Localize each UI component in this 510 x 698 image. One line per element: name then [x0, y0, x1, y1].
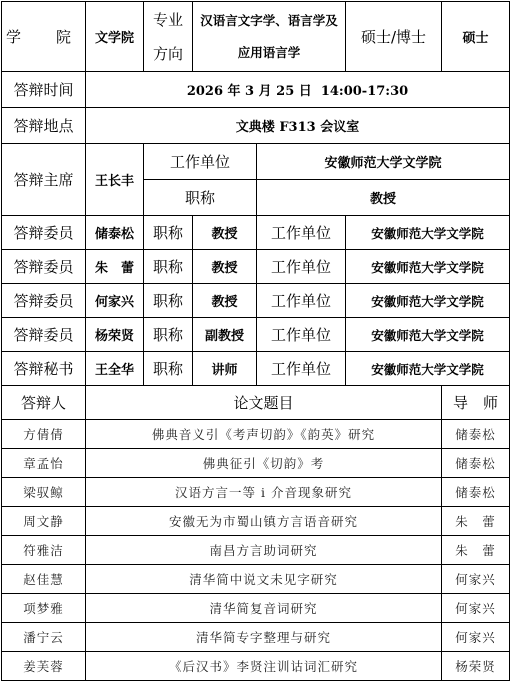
thesis-student: 梁驭鲸 [2, 478, 86, 507]
committee-title-label: 职称 [144, 216, 193, 250]
committee-role: 答辩委员 [2, 216, 86, 250]
thesis-student: 符雅洁 [2, 536, 86, 565]
thesis-title: 安徽无为市蜀山镇方言语音研究 [86, 507, 442, 536]
committee-row: 答辩委员 朱 蕾 职称 教授 工作单位 安徽师范大学文学院 [2, 250, 510, 284]
thesis-advisor: 何家兴 [442, 594, 510, 623]
committee-name: 储泰松 [86, 216, 144, 250]
thesis-row: 赵佳慧 清华简中说文未见字研究 何家兴 [2, 565, 510, 594]
committee-row: 答辩委员 杨荣贤 职称 副教授 工作单位 安徽师范大学文学院 [2, 318, 510, 352]
defense-time-value: 2026 年 3 月 25 日 14:00-17:30 [86, 72, 510, 108]
degree-value: 硕士 [442, 2, 510, 72]
committee-unit-value: 安徽师范大学文学院 [346, 216, 510, 250]
header-row: 学 院 文学院 专业方向 汉语言文字学、语言学及应用语言学 硕士/博士 硕士 [2, 2, 510, 72]
defense-time-label: 答辩时间 [2, 72, 86, 108]
degree-label: 硕士/博士 [346, 2, 442, 72]
thesis-row: 周文静 安徽无为市蜀山镇方言语音研究 朱 蕾 [2, 507, 510, 536]
thesis-student: 赵佳慧 [2, 565, 86, 594]
committee-role: 答辩委员 [2, 250, 86, 284]
thesis-student: 周文静 [2, 507, 86, 536]
committee-title-value: 教授 [193, 216, 257, 250]
committee-row: 答辩委员 储泰松 职称 教授 工作单位 安徽师范大学文学院 [2, 216, 510, 250]
thesis-row: 梁驭鲸 汉语方言一等 i 介音现象研究 储泰松 [2, 478, 510, 507]
thesis-row: 方倩倩 佛典音义引《考声切韵》《韵英》研究 储泰松 [2, 420, 510, 449]
thesis-title: 《后汉书》李贤注训诂词汇研究 [86, 652, 442, 681]
thesis-student: 姜芙蓉 [2, 652, 86, 681]
secretary-name: 王全华 [86, 352, 144, 386]
thesis-advisor: 朱 蕾 [442, 507, 510, 536]
chair-row-unit: 答辩主席 王长丰 工作单位 安徽师范大学文学院 [2, 144, 510, 180]
thesis-row: 项梦雅 清华简复音词研究 何家兴 [2, 594, 510, 623]
committee-title-label: 职称 [144, 284, 193, 318]
col-header-student: 答辩人 [2, 386, 86, 420]
secretary-unit-value: 安徽师范大学文学院 [346, 352, 510, 386]
secretary-role: 答辩秘书 [2, 352, 86, 386]
defense-time-row: 答辩时间 2026 年 3 月 25 日 14:00-17:30 [2, 72, 510, 108]
major-value: 汉语言文字学、语言学及应用语言学 [193, 2, 346, 72]
thesis-student: 方倩倩 [2, 420, 86, 449]
defense-location-row: 答辩地点 文典楼 F313 会议室 [2, 108, 510, 144]
thesis-title: 佛典音义引《考声切韵》《韵英》研究 [86, 420, 442, 449]
committee-unit-value: 安徽师范大学文学院 [346, 318, 510, 352]
chair-unit-value: 安徽师范大学文学院 [257, 144, 510, 180]
committee-unit-value: 安徽师范大学文学院 [346, 250, 510, 284]
chair-title-value: 教授 [257, 180, 510, 216]
committee-title-value: 副教授 [193, 318, 257, 352]
committee-title-label: 职称 [144, 250, 193, 284]
defense-schedule-table: 学 院 文学院 专业方向 汉语言文字学、语言学及应用语言学 硕士/博士 硕士 答… [1, 1, 510, 681]
col-header-advisor: 导 师 [442, 386, 510, 420]
thesis-student: 章孟怡 [2, 449, 86, 478]
chair-role: 答辩主席 [2, 144, 86, 216]
thesis-row: 符雅洁 南昌方言助词研究 朱 蕾 [2, 536, 510, 565]
committee-unit-label: 工作单位 [257, 318, 346, 352]
committee-unit-label: 工作单位 [257, 250, 346, 284]
thesis-title: 汉语方言一等 i 介音现象研究 [86, 478, 442, 507]
committee-name: 杨荣贤 [86, 318, 144, 352]
defense-location-value: 文典楼 F313 会议室 [86, 108, 510, 144]
committee-role: 答辩委员 [2, 318, 86, 352]
thesis-title: 清华简中说文未见字研究 [86, 565, 442, 594]
committee-unit-label: 工作单位 [257, 284, 346, 318]
committee-title-value: 教授 [193, 284, 257, 318]
thesis-advisor: 储泰松 [442, 449, 510, 478]
secretary-title-value: 讲师 [193, 352, 257, 386]
thesis-advisor: 朱 蕾 [442, 536, 510, 565]
thesis-student: 潘宁云 [2, 623, 86, 652]
college-value: 文学院 [86, 2, 144, 72]
thesis-title: 清华简专字整理与研究 [86, 623, 442, 652]
thesis-advisor: 储泰松 [442, 420, 510, 449]
secretary-unit-label: 工作单位 [257, 352, 346, 386]
theses-header-row: 答辩人 论文题目 导 师 [2, 386, 510, 420]
committee-unit-value: 安徽师范大学文学院 [346, 284, 510, 318]
major-label: 专业方向 [144, 2, 193, 72]
secretary-title-label: 职称 [144, 352, 193, 386]
thesis-advisor: 储泰松 [442, 478, 510, 507]
committee-title-label: 职称 [144, 318, 193, 352]
chair-title-label: 职称 [144, 180, 257, 216]
committee-row: 答辩委员 何家兴 职称 教授 工作单位 安徽师范大学文学院 [2, 284, 510, 318]
committee-role: 答辩委员 [2, 284, 86, 318]
thesis-row: 姜芙蓉 《后汉书》李贤注训诂词汇研究 杨荣贤 [2, 652, 510, 681]
defense-location-label: 答辩地点 [2, 108, 86, 144]
secretary-row: 答辩秘书 王全华 职称 讲师 工作单位 安徽师范大学文学院 [2, 352, 510, 386]
committee-name: 朱 蕾 [86, 250, 144, 284]
col-header-title: 论文题目 [86, 386, 442, 420]
thesis-advisor: 何家兴 [442, 565, 510, 594]
thesis-advisor: 杨荣贤 [442, 652, 510, 681]
committee-title-value: 教授 [193, 250, 257, 284]
thesis-advisor: 何家兴 [442, 623, 510, 652]
thesis-row: 潘宁云 清华简专字整理与研究 何家兴 [2, 623, 510, 652]
thesis-title: 清华简复音词研究 [86, 594, 442, 623]
chair-unit-label: 工作单位 [144, 144, 257, 180]
thesis-title: 佛典征引《切韵》考 [86, 449, 442, 478]
college-label: 学 院 [2, 2, 86, 72]
committee-name: 何家兴 [86, 284, 144, 318]
committee-unit-label: 工作单位 [257, 216, 346, 250]
thesis-title: 南昌方言助词研究 [86, 536, 442, 565]
thesis-row: 章孟怡 佛典征引《切韵》考 储泰松 [2, 449, 510, 478]
thesis-student: 项梦雅 [2, 594, 86, 623]
chair-name: 王长丰 [86, 144, 144, 216]
